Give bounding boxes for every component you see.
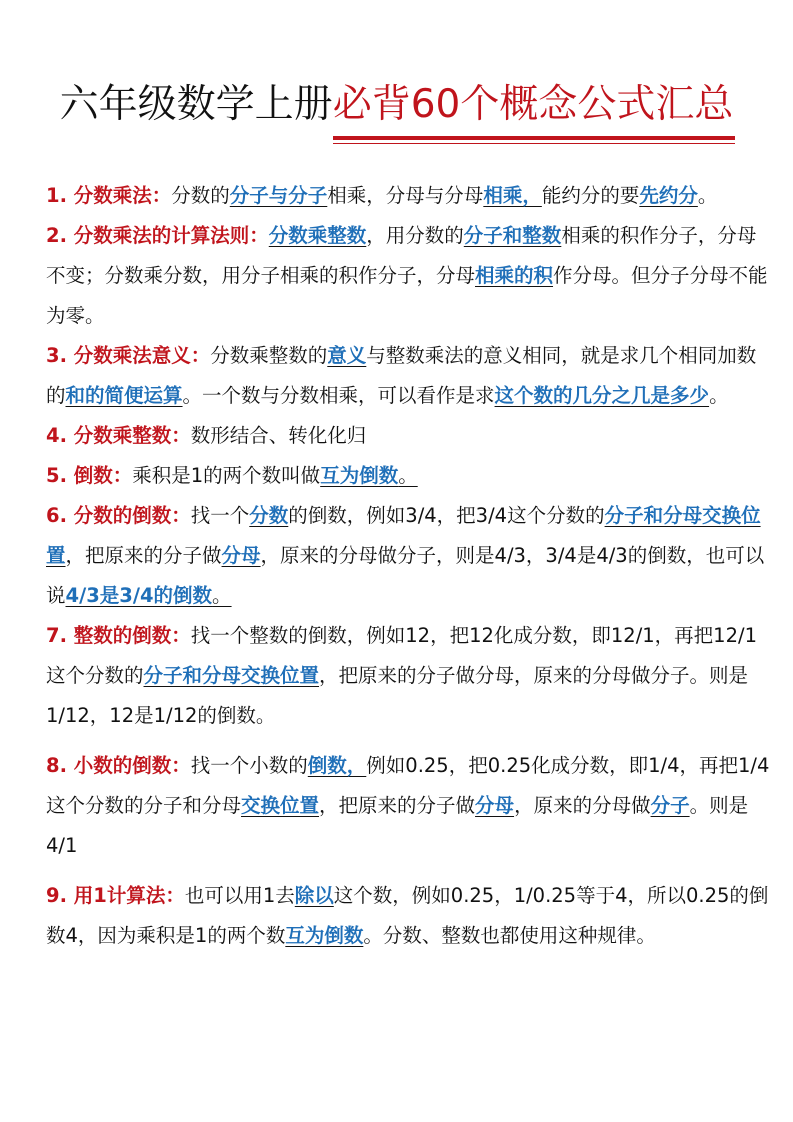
highlight: 这个数的几分之几是多少 [495, 384, 710, 407]
text: ，把原来的分子做 [319, 794, 475, 817]
concept-item-8: 8. 小数的倒数：找一个小数的倒数，例如0.25，把0.25化成分数，即1/4，… [46, 746, 771, 866]
text: ，把原来的分子做 [66, 544, 222, 567]
title-part-black: 六年级数学上册 [60, 82, 333, 127]
text: ，原来的分母做 [514, 794, 651, 817]
highlight: 互为倒数 [320, 464, 398, 487]
text: 也可以用1去 [185, 884, 295, 907]
highlight: 分数乘整数 [269, 224, 367, 247]
highlight: 相乘的积 [475, 264, 553, 287]
text: 。分数、整数也都使用这种规律。 [363, 924, 656, 947]
concept-item-6: 6. 分数的倒数：找一个分数的倒数，例如3/4，把3/4这个分数的分子和分母交换… [46, 496, 771, 616]
item-label: 6. 分数的倒数： [46, 504, 191, 527]
concept-item-3: 3. 分数乘法意义：分数乘整数的意义与整数乘法的意义相同，就是求几个相同加数的和… [46, 336, 771, 416]
concept-item-9: 9. 用1计算法：也可以用1去除以这个数，例如0.25，1/0.25等于4，所以… [46, 876, 771, 956]
text: 找一个小数的 [191, 754, 308, 777]
concept-item-7: 7. 整数的倒数：找一个整数的倒数，例如12，把12化成分数，即12/1，再把1… [46, 616, 771, 736]
text: 找一个 [191, 504, 250, 527]
item-label: 5. 倒数： [46, 464, 132, 487]
text: 乘积是1的两个数叫做 [132, 464, 320, 487]
text: 相乘，分母与分母 [327, 184, 483, 207]
highlight: 分母 [222, 544, 261, 567]
highlight: 和的简便运算 [66, 384, 183, 407]
highlight: 除以 [295, 884, 334, 907]
item-label: 3. 分数乘法意义： [46, 344, 210, 367]
text: 。 [709, 384, 729, 407]
highlight: 交换位置 [241, 794, 319, 817]
highlight: 倒数， [308, 754, 367, 777]
highlight: 分子 [651, 794, 690, 817]
item-label: 1. 分数乘法： [46, 184, 171, 207]
text: 。 [698, 184, 718, 207]
item-label: 7. 整数的倒数： [46, 624, 191, 647]
concept-item-2: 2. 分数乘法的计算法则：分数乘整数，用分数的分子和整数相乘的积作分子，分母不变… [46, 216, 771, 336]
concept-item-4: 4. 分数乘整数：数形结合、转化化归 [46, 416, 771, 456]
concept-item-5: 5. 倒数：乘积是1的两个数叫做互为倒数。 [46, 456, 771, 496]
item-label: 9. 用1计算法： [46, 884, 185, 907]
item-label: 4. 分数乘整数： [46, 424, 191, 447]
text: 能约分的要 [542, 184, 640, 207]
text: 分数的 [171, 184, 230, 207]
highlight: 分子和分母交换位置 [144, 664, 320, 687]
text: ，用分数的 [366, 224, 464, 247]
text: 。 [398, 464, 418, 487]
item-label: 2. 分数乘法的计算法则： [46, 224, 269, 247]
text: 。 [212, 584, 232, 607]
concept-item-1: 1. 分数乘法：分数的分子与分子相乘，分母与分母相乘，能约分的要先约分。 [46, 176, 771, 216]
text: 分数乘整数的 [210, 344, 327, 367]
highlight: 分母 [475, 794, 514, 817]
highlight: 互为倒数 [285, 924, 363, 947]
highlight: 分子和整数 [464, 224, 562, 247]
highlight: 意义 [327, 344, 366, 367]
highlight: 分子与分子 [230, 184, 328, 207]
highlight: 相乘， [483, 184, 542, 207]
title-part-red: 必背60个概念公式汇总 [333, 78, 734, 132]
item-label: 8. 小数的倒数： [46, 754, 191, 777]
text: 数形结合、转化化归 [191, 424, 367, 447]
highlight: 分数 [249, 504, 288, 527]
highlight: 先约分 [639, 184, 698, 207]
text: 的倒数，例如3/4，把3/4这个分数的 [288, 504, 604, 527]
text: 。一个数与分数相乘，可以看作是求 [183, 384, 495, 407]
concept-list: 1. 分数乘法：分数的分子与分子相乘，分母与分母相乘，能约分的要先约分。 2. … [46, 176, 771, 956]
page-title: 六年级数学上册必背60个概念公式汇总 [0, 78, 793, 132]
highlight: 4/3是3/4的倒数 [66, 584, 213, 607]
